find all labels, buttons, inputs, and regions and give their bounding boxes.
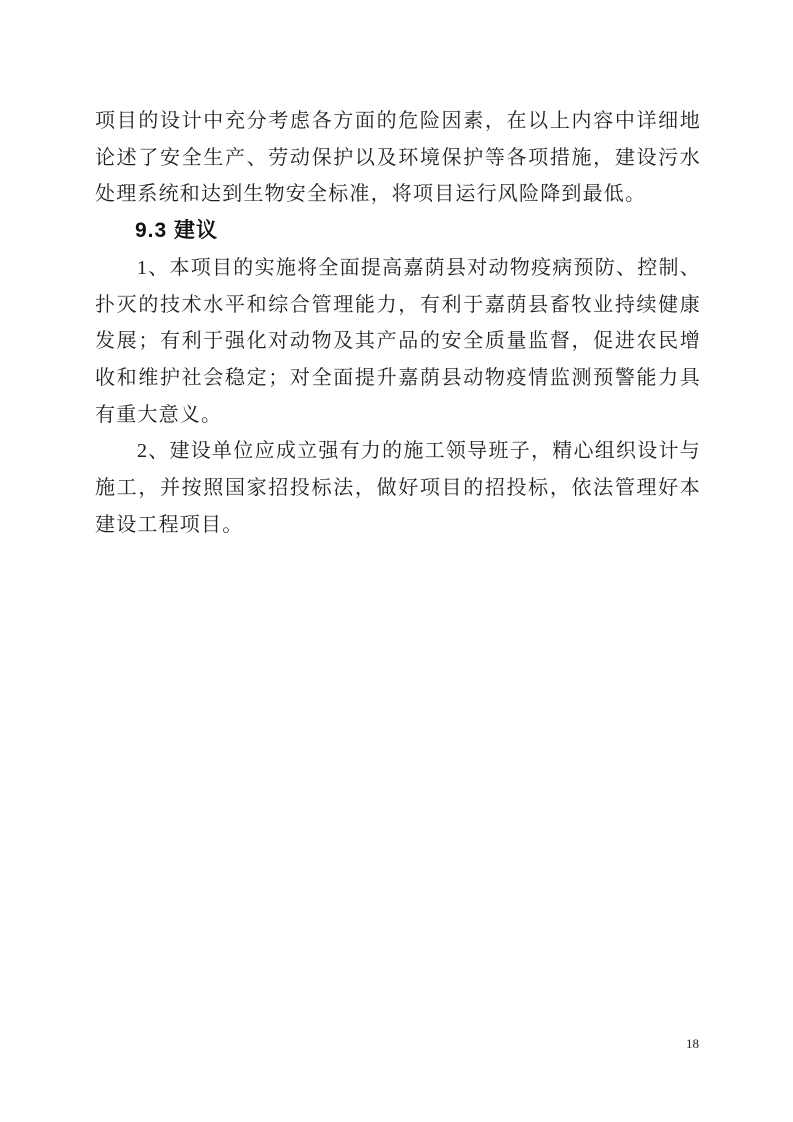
paragraph-suggestion-2: 2、建设单位应成立强有力的施工领导班子，精心组织设计与施工，并按照国家招投标法，… (95, 433, 701, 543)
page-body: 项目的设计中充分考虑各方面的危险因素，在以上内容中详细地论述了安全生产、劳动保护… (95, 103, 701, 543)
paragraph-suggestion-1: 1、本项目的实施将全面提高嘉荫县对动物疫病预防、控制、扑灭的技术水平和综合管理能… (95, 250, 701, 434)
document-page: 项目的设计中充分考虑各方面的危险因素，在以上内容中详细地论述了安全生产、劳动保护… (0, 0, 793, 1122)
paragraph-risk-summary: 项目的设计中充分考虑各方面的危险因素，在以上内容中详细地论述了安全生产、劳动保护… (95, 103, 701, 213)
section-heading-suggestions: 9.3 建议 (135, 213, 701, 250)
page-number: 18 (686, 1036, 699, 1052)
